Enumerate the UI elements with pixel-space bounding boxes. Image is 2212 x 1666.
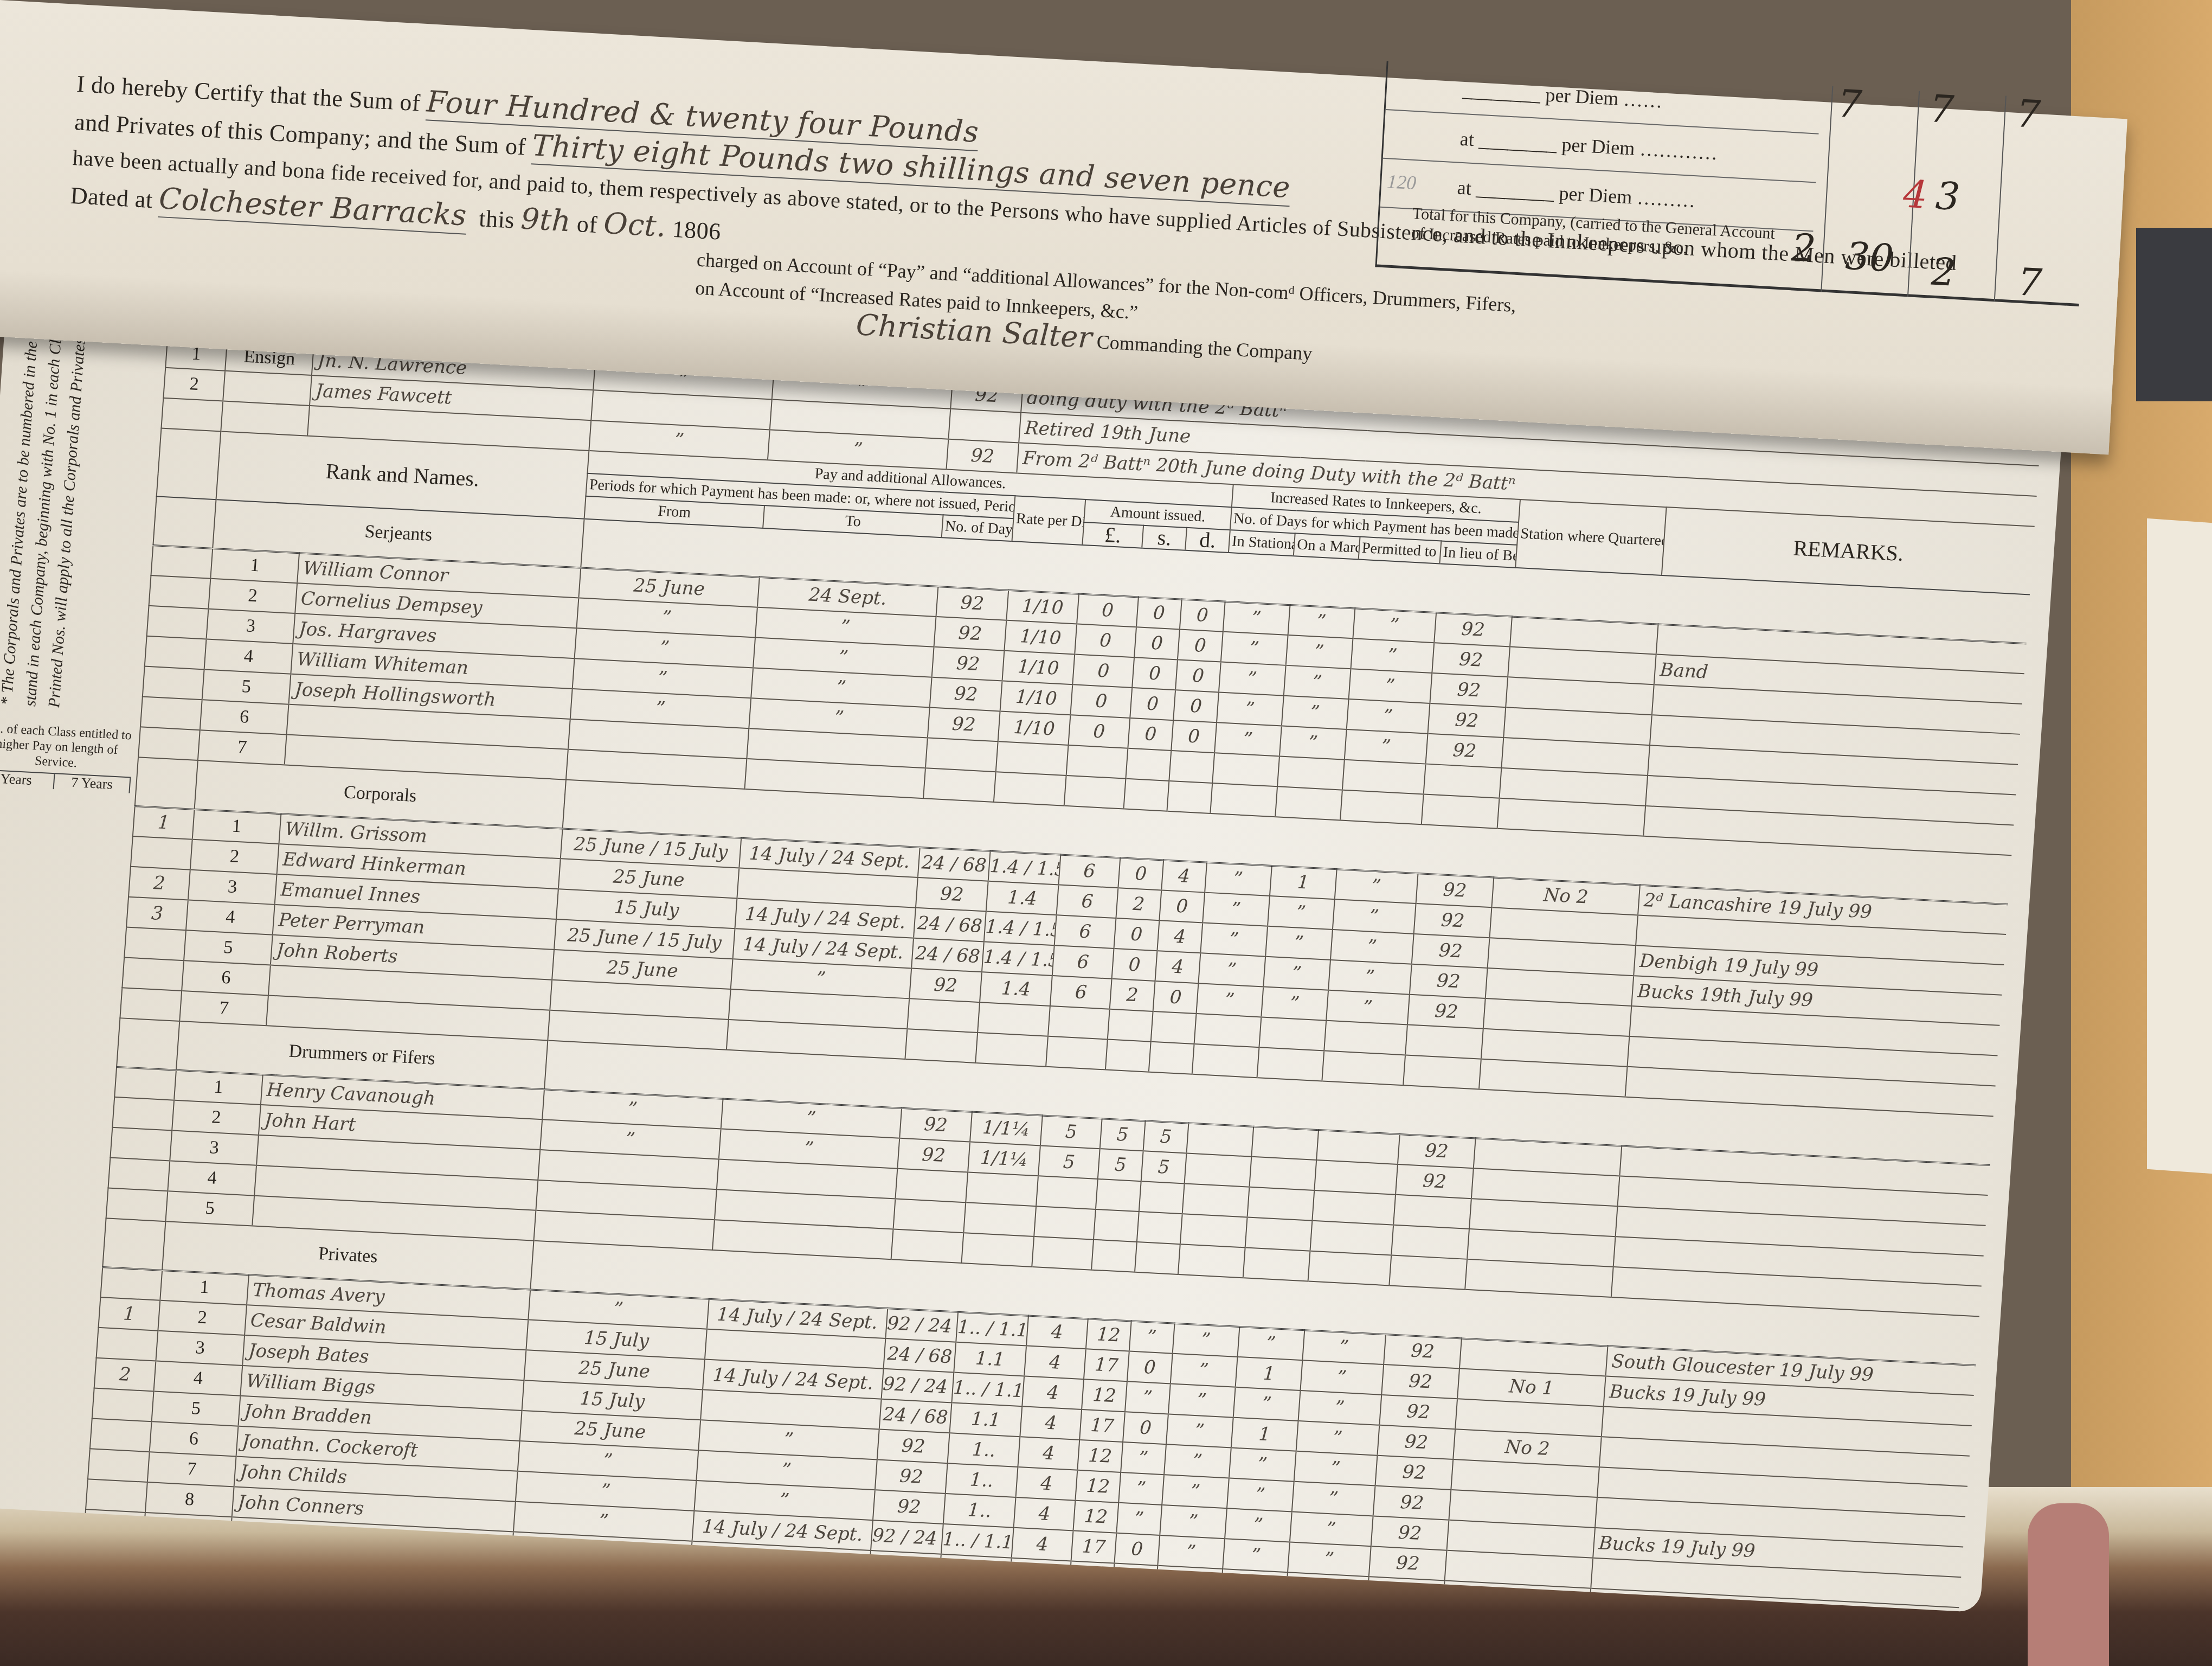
days-count (895, 1169, 968, 1203)
days-lieu-beer: 92 (1428, 703, 1506, 738)
amount-pence (1139, 1181, 1185, 1214)
years-mark (88, 1449, 150, 1482)
amount-shillings: 0 (1112, 949, 1158, 981)
increased-rates-box: ________ per Diem …… at ________ per Die… (1375, 61, 2090, 306)
total-shillings: 30 (1844, 234, 1895, 281)
years-mark (97, 1328, 158, 1361)
years-mark (100, 1267, 162, 1300)
days-own-lodgings: ” (1328, 960, 1412, 995)
years-mark (110, 1127, 172, 1161)
rate-per-diem: 1.4 / 1.5 (984, 912, 1057, 946)
days-count (893, 1199, 966, 1233)
soldier-number: 7 (198, 730, 287, 765)
days-lieu-beer (1424, 764, 1502, 798)
amount-pounds: 4 (1020, 1406, 1082, 1440)
days-own-lodgings: ” (1294, 1451, 1378, 1486)
years-mark: 2 (128, 867, 190, 900)
days-count: 92 (877, 1430, 950, 1464)
amount-shillings: 17 (1079, 1409, 1125, 1442)
amount-pence: 0 (1123, 1412, 1168, 1444)
soldier-number: 6 (200, 700, 289, 734)
officer-rank (221, 401, 310, 436)
days-lieu-beer: 92 (1379, 1395, 1457, 1429)
days-stationary: ” (1168, 1383, 1236, 1417)
rate-per-diem (966, 1172, 1038, 1206)
days-own-lodgings: ” (1300, 1360, 1384, 1395)
soldier-number: 3 (170, 1130, 259, 1165)
amount-pounds: 6 (1050, 976, 1112, 1009)
amount-pence: 0 (1171, 720, 1217, 753)
soldier-number: 7 (147, 1452, 236, 1486)
days-stationary (1194, 1014, 1262, 1047)
amount-pounds: 5 (1040, 1115, 1102, 1149)
amount-pence: 0 (1173, 690, 1219, 722)
soldier-number: 4 (204, 639, 293, 674)
soldier-number: 5 (152, 1391, 241, 1426)
rate-per-diem: 1.. (943, 1494, 1016, 1528)
rate-per-diem: 1/10 (1000, 681, 1073, 715)
amount-pence: 0 (1180, 599, 1225, 632)
amount-pounds: 4 (1018, 1437, 1079, 1470)
days-count: 92 (932, 647, 1005, 681)
days-on-march: ” (1279, 726, 1347, 760)
rate-per-diem: 1.1 (954, 1342, 1026, 1376)
rate-per-diem: 1.. (948, 1433, 1020, 1467)
amount-pence (1135, 1242, 1180, 1274)
days-lieu-beer: 92 (1430, 673, 1508, 707)
days-on-march (1251, 1126, 1319, 1160)
amount-shillings: 0 (1114, 918, 1160, 951)
days-lieu-beer (1403, 1055, 1481, 1089)
soldier-number: 2 (172, 1100, 261, 1135)
soldier-number: 1 (210, 548, 299, 583)
rate-per-diem: 1/1¼ (968, 1142, 1040, 1176)
soldier-number: 2 (190, 840, 279, 874)
officer-days (948, 409, 1021, 443)
years-mark (86, 1479, 147, 1513)
days-on-march (1259, 1017, 1326, 1050)
days-count: 92 (930, 677, 1002, 712)
days-lieu-beer: 92 (1384, 1334, 1462, 1368)
amount-pence: 4 (1161, 860, 1207, 893)
days-own-lodgings: ” (1298, 1391, 1382, 1425)
days-on-march (1277, 756, 1345, 790)
amount-pence: ” (1125, 1381, 1171, 1414)
rate-per-diem (975, 1033, 1048, 1067)
amount-pounds: 0 (1072, 654, 1134, 688)
days-stationary (1185, 1153, 1252, 1187)
amount-pounds: 4 (1012, 1528, 1073, 1561)
days-stationary: ” (1200, 922, 1268, 956)
soldier-number: 6 (150, 1421, 239, 1456)
days-count: 92 (936, 586, 1008, 620)
officer-days: 92 (946, 439, 1019, 473)
soldier-number: 3 (188, 870, 277, 905)
soldier-number: 7 (179, 991, 268, 1026)
days-on-march: 1 (1236, 1357, 1303, 1391)
days-lieu-beer: 92 (1373, 1486, 1451, 1520)
days-own-lodgings: ” (1335, 869, 1418, 904)
officer-number: 2 (163, 368, 225, 401)
days-lieu-beer: 92 (1371, 1516, 1449, 1550)
amount-pence (1167, 781, 1212, 813)
days-count: 92 (916, 877, 988, 912)
days-on-march: ” (1265, 926, 1333, 960)
soldier-number: 3 (156, 1331, 245, 1366)
days-count: 92 (934, 617, 1007, 651)
days-own-lodgings: ” (1302, 1330, 1386, 1364)
years-mark (143, 667, 204, 700)
days-own-lodgings (1322, 1050, 1405, 1085)
days-stationary (1180, 1214, 1248, 1247)
soldier-number: 4 (168, 1161, 256, 1195)
days-stationary (1210, 783, 1277, 817)
days-on-march (1249, 1157, 1316, 1190)
days-on-march: ” (1284, 665, 1351, 699)
soldier-number: 2 (158, 1300, 247, 1335)
days-stationary: ” (1158, 1535, 1225, 1569)
days-on-march: 1 (1270, 866, 1337, 899)
days-own-lodgings (1340, 790, 1424, 825)
years-mark (106, 1188, 168, 1221)
years-mark (145, 636, 207, 670)
amount-pounds (1066, 745, 1128, 779)
amount-pence: 4 (1155, 951, 1201, 983)
years-mark (108, 1158, 170, 1191)
amount-shillings: 0 (1136, 597, 1182, 629)
amount-pence: 0 (1178, 629, 1223, 662)
amount-pence: ” (1121, 1442, 1166, 1475)
soldier-number: 5 (165, 1191, 254, 1226)
days-count: 24 / 68 (879, 1399, 952, 1433)
days-on-march: ” (1227, 1478, 1294, 1511)
amount-shillings: 0 (1134, 627, 1180, 659)
amount-pounds (1046, 1036, 1108, 1070)
amount-shillings: 0 (1118, 857, 1163, 890)
days-count: 92 (909, 968, 982, 1002)
days-lieu-beer: 92 (1426, 734, 1504, 768)
amount-pence (1137, 1212, 1182, 1244)
days-count: 92 (897, 1138, 970, 1172)
days-count: 24 / 68 (911, 938, 984, 972)
rate-per-diem (961, 1233, 1034, 1267)
days-stationary (1192, 1044, 1259, 1078)
days-count: 24 / 68 (918, 847, 991, 881)
days-on-march (1248, 1187, 1315, 1221)
days-count (907, 998, 980, 1033)
days-own-lodgings: ” (1353, 608, 1436, 643)
days-stationary: ” (1197, 983, 1264, 1017)
days-stationary (1182, 1183, 1250, 1217)
days-on-march (1243, 1247, 1310, 1281)
days-own-lodgings: ” (1347, 699, 1430, 734)
days-lieu-beer: 92 (1416, 873, 1494, 907)
days-own-lodgings (1314, 1160, 1398, 1195)
amount-pence: 0 (1153, 981, 1199, 1014)
years-mark (124, 927, 186, 961)
days-count: 92 (875, 1459, 948, 1494)
amount-pounds (1034, 1206, 1096, 1240)
days-stationary: ” (1164, 1444, 1231, 1478)
years-mark (140, 697, 202, 731)
rates-amount-columns: 7230 7432 77 (1821, 86, 2092, 306)
days-on-march: ” (1238, 1327, 1305, 1360)
amount-pounds: 4 (1014, 1497, 1076, 1531)
amount-pence: 0 (1159, 890, 1205, 922)
days-on-march: ” (1288, 605, 1355, 638)
days-count: 24 / 68 (884, 1338, 956, 1373)
years-mark (112, 1097, 174, 1131)
days-on-march: 1 (1231, 1418, 1298, 1451)
years-mark: 1 (133, 806, 195, 840)
days-count: 92 (899, 1108, 972, 1142)
days-count: 92 / 24 / 68 (882, 1369, 954, 1403)
total-pence: 2 (1930, 249, 1957, 295)
reader-hand (2028, 1503, 2109, 1666)
rate-per-diem: 1.4 (980, 972, 1052, 1006)
days-lieu-beer: 92 (1398, 1134, 1476, 1168)
amount-pounds: 6 (1057, 885, 1118, 918)
amount-pence: 5 (1141, 1151, 1187, 1183)
days-count: 92 (928, 708, 1000, 742)
amount-shillings: 2 (1110, 979, 1155, 1011)
days-lieu-beer: 92 (1434, 612, 1512, 646)
amount-pounds (1036, 1176, 1098, 1209)
days-own-lodgings (1312, 1190, 1396, 1225)
amount-pence (1151, 1011, 1197, 1044)
years-mark (120, 988, 182, 1021)
days-stationary: ” (1221, 632, 1288, 665)
rate-per-diem: 1.. (946, 1463, 1018, 1497)
amount-pounds: 5 (1038, 1145, 1100, 1179)
amount-pounds: 4 (1024, 1345, 1086, 1379)
amount-shillings: 0 (1128, 718, 1173, 751)
amount-shillings: 0 (1130, 688, 1175, 720)
rate-per-diem (996, 741, 1069, 776)
days-on-march: ” (1223, 1539, 1290, 1572)
days-own-lodgings (1324, 1021, 1407, 1055)
amount-pence: 4 (1157, 920, 1203, 953)
days-on-march (1245, 1217, 1313, 1251)
days-count: 92 / 24 / 68 (871, 1520, 943, 1554)
days-lieu-beer: 92 (1375, 1456, 1454, 1490)
soldier-number: 5 (202, 669, 291, 704)
dated-year: 1806 (672, 216, 722, 245)
soldier-number: 2 (208, 579, 297, 613)
days-stationary: ” (1173, 1323, 1240, 1357)
rate-per-diem: 1.4 / 1.5 (988, 851, 1061, 885)
officer-number (161, 398, 223, 432)
years-mark: 1 (98, 1297, 160, 1331)
amount-shillings (1124, 779, 1169, 811)
days-own-lodgings: ” (1351, 638, 1435, 673)
amount-shillings: 0 (1132, 657, 1178, 690)
amount-pounds (1064, 776, 1126, 809)
days-stationary: ” (1219, 662, 1286, 696)
days-stationary (1212, 753, 1279, 786)
days-own-lodgings (1316, 1130, 1400, 1164)
amount-pounds: 4 (1026, 1316, 1088, 1349)
soldier-number: 1 (174, 1070, 263, 1105)
amount-pence: ” (1116, 1503, 1162, 1535)
soldier-number: 8 (145, 1482, 234, 1517)
days-on-march: ” (1282, 696, 1349, 729)
years-mark (151, 545, 213, 579)
rate-per-diem: 1/10 (1002, 651, 1075, 685)
years-mark (122, 957, 184, 991)
soldier-number: 5 (184, 930, 273, 965)
days-lieu-beer: 92 (1412, 934, 1490, 968)
days-count: 24 / 68 (914, 908, 986, 942)
amount-pounds: 6 (1052, 945, 1114, 979)
amount-shillings (1091, 1240, 1137, 1272)
days-own-lodgings: ” (1288, 1542, 1371, 1577)
soldier-number: 3 (207, 609, 295, 644)
years-mark (149, 575, 211, 609)
years-mark (114, 1067, 176, 1100)
amount-pence (1149, 1042, 1194, 1074)
amount-pounds: 0 (1070, 684, 1132, 718)
amount-pounds (1048, 1006, 1110, 1040)
dark-object (2136, 228, 2212, 401)
days-lieu-beer (1422, 794, 1500, 828)
days-stationary: ” (1162, 1475, 1229, 1508)
years-mark: 3 (126, 897, 188, 931)
days-lieu-beer (1391, 1225, 1469, 1259)
amount-shillings: 12 (1086, 1318, 1131, 1351)
amount-shillings: 17 (1084, 1349, 1129, 1381)
rate-per-diem: 1/10 (998, 711, 1071, 745)
amount-pence (1169, 751, 1214, 783)
dated-month: Oct. (603, 206, 667, 244)
years-mark (147, 606, 209, 639)
days-on-march: ” (1268, 896, 1335, 930)
amount-shillings: 17 (1071, 1530, 1117, 1563)
soldier-number: 1 (160, 1270, 249, 1305)
amount-pounds (1032, 1236, 1094, 1270)
days-lieu-beer (1393, 1195, 1471, 1229)
rate-per-diem (978, 1002, 1050, 1036)
total-farthing: 7 (2017, 260, 2043, 305)
adjacent-document (2147, 518, 2212, 1174)
amount-pounds: 0 (1069, 715, 1130, 748)
rate-per-diem: 1.1 (950, 1402, 1023, 1437)
days-stationary: ” (1166, 1414, 1233, 1447)
rate-per-diem: 1.. / 1.1 (951, 1373, 1024, 1407)
days-own-lodgings: ” (1330, 930, 1414, 964)
days-on-march: ” (1263, 957, 1330, 990)
days-count (891, 1229, 964, 1263)
amount-shillings (1126, 748, 1171, 781)
days-lieu-beer (1405, 1024, 1483, 1059)
days-on-march (1275, 786, 1342, 820)
days-on-march (1257, 1047, 1324, 1081)
rate-per-diem (994, 772, 1066, 806)
amount-shillings: 12 (1075, 1470, 1121, 1503)
rate-per-diem: 1.4 (986, 881, 1059, 915)
days-lieu-beer: 92 (1369, 1546, 1447, 1580)
days-stationary: ” (1223, 601, 1290, 635)
days-lieu-beer: 92 (1407, 995, 1486, 1029)
years-mark (92, 1388, 154, 1422)
years-mark: 2 (94, 1358, 156, 1392)
days-stationary: ” (1217, 692, 1284, 726)
days-stationary (1187, 1123, 1254, 1157)
amount-pounds: 6 (1059, 855, 1121, 888)
days-count: 92 (873, 1490, 946, 1524)
officer-rank (223, 371, 312, 406)
days-stationary: ” (1171, 1354, 1238, 1387)
years-mark (131, 836, 192, 870)
amount-pounds: 4 (1022, 1376, 1084, 1409)
rate-per-diem: 1/10 (1006, 590, 1079, 624)
days-on-march: ” (1233, 1387, 1301, 1421)
years-mark (90, 1418, 152, 1452)
days-own-lodgings: ” (1349, 669, 1432, 703)
days-on-march: ” (1225, 1508, 1292, 1542)
rate-per-diem: 1/1¼ (970, 1112, 1043, 1146)
amount-shillings: 5 (1100, 1118, 1146, 1151)
amount-shillings: 12 (1073, 1501, 1118, 1533)
amount-pounds: 0 (1075, 624, 1136, 658)
amount-pence: 5 (1143, 1120, 1189, 1153)
higher-pay-header: No. of each Class entitled to higher Pay… (0, 720, 134, 793)
amount-shillings: 5 (1098, 1149, 1143, 1181)
dated-day: 9th (520, 201, 572, 238)
days-own-lodgings: ” (1333, 899, 1416, 934)
amount-shillings (1108, 1009, 1153, 1042)
days-stationary: ” (1203, 893, 1270, 926)
amount-pence: 0 (1127, 1351, 1173, 1383)
days-own-lodgings (1310, 1221, 1393, 1255)
amount-shillings (1096, 1179, 1141, 1212)
days-lieu-beer: 92 (1410, 964, 1488, 998)
days-lieu-beer: 92 (1432, 643, 1510, 677)
amount-shillings: 2 (1116, 888, 1161, 920)
amount-pence: ” (1129, 1321, 1175, 1354)
days-own-lodgings: ” (1326, 990, 1410, 1025)
amount-shillings (1105, 1040, 1151, 1072)
years-mark (138, 727, 200, 760)
soldier-number: 6 (182, 960, 271, 995)
days-own-lodgings: ” (1292, 1482, 1375, 1516)
soldier-rows: Serjeants1William Connor25 June24 Sept.9… (83, 496, 2030, 1612)
days-own-lodgings: ” (1296, 1421, 1380, 1456)
days-lieu-beer: 92 (1396, 1164, 1474, 1199)
days-count: 92 / 24 / 68 (885, 1308, 958, 1342)
amount-shillings: 12 (1077, 1440, 1123, 1472)
days-own-lodgings: ” (1290, 1512, 1373, 1547)
amount-pence: 0 (1175, 659, 1221, 692)
amount-shillings (1094, 1209, 1139, 1242)
days-stationary: ” (1214, 722, 1282, 756)
days-stationary: ” (1160, 1505, 1227, 1539)
total-correction: 4 (1902, 172, 1928, 217)
amount-pounds: 6 (1054, 915, 1116, 949)
days-stationary: ” (1198, 953, 1265, 986)
days-lieu-beer: 92 (1414, 904, 1492, 938)
days-own-lodgings: ” (1345, 729, 1428, 764)
amount-pounds: 0 (1077, 594, 1139, 627)
days-count (923, 768, 996, 802)
days-lieu-beer: 92 (1381, 1364, 1459, 1399)
days-lieu-beer (1389, 1255, 1467, 1289)
rate-per-diem: 1.4 / 1.5 (982, 941, 1054, 976)
days-on-march: ” (1286, 635, 1353, 669)
days-lieu-beer: 92 (1377, 1425, 1455, 1459)
total-pounds: 2 (1790, 225, 1817, 271)
amount-pence: 0 (1114, 1533, 1160, 1566)
